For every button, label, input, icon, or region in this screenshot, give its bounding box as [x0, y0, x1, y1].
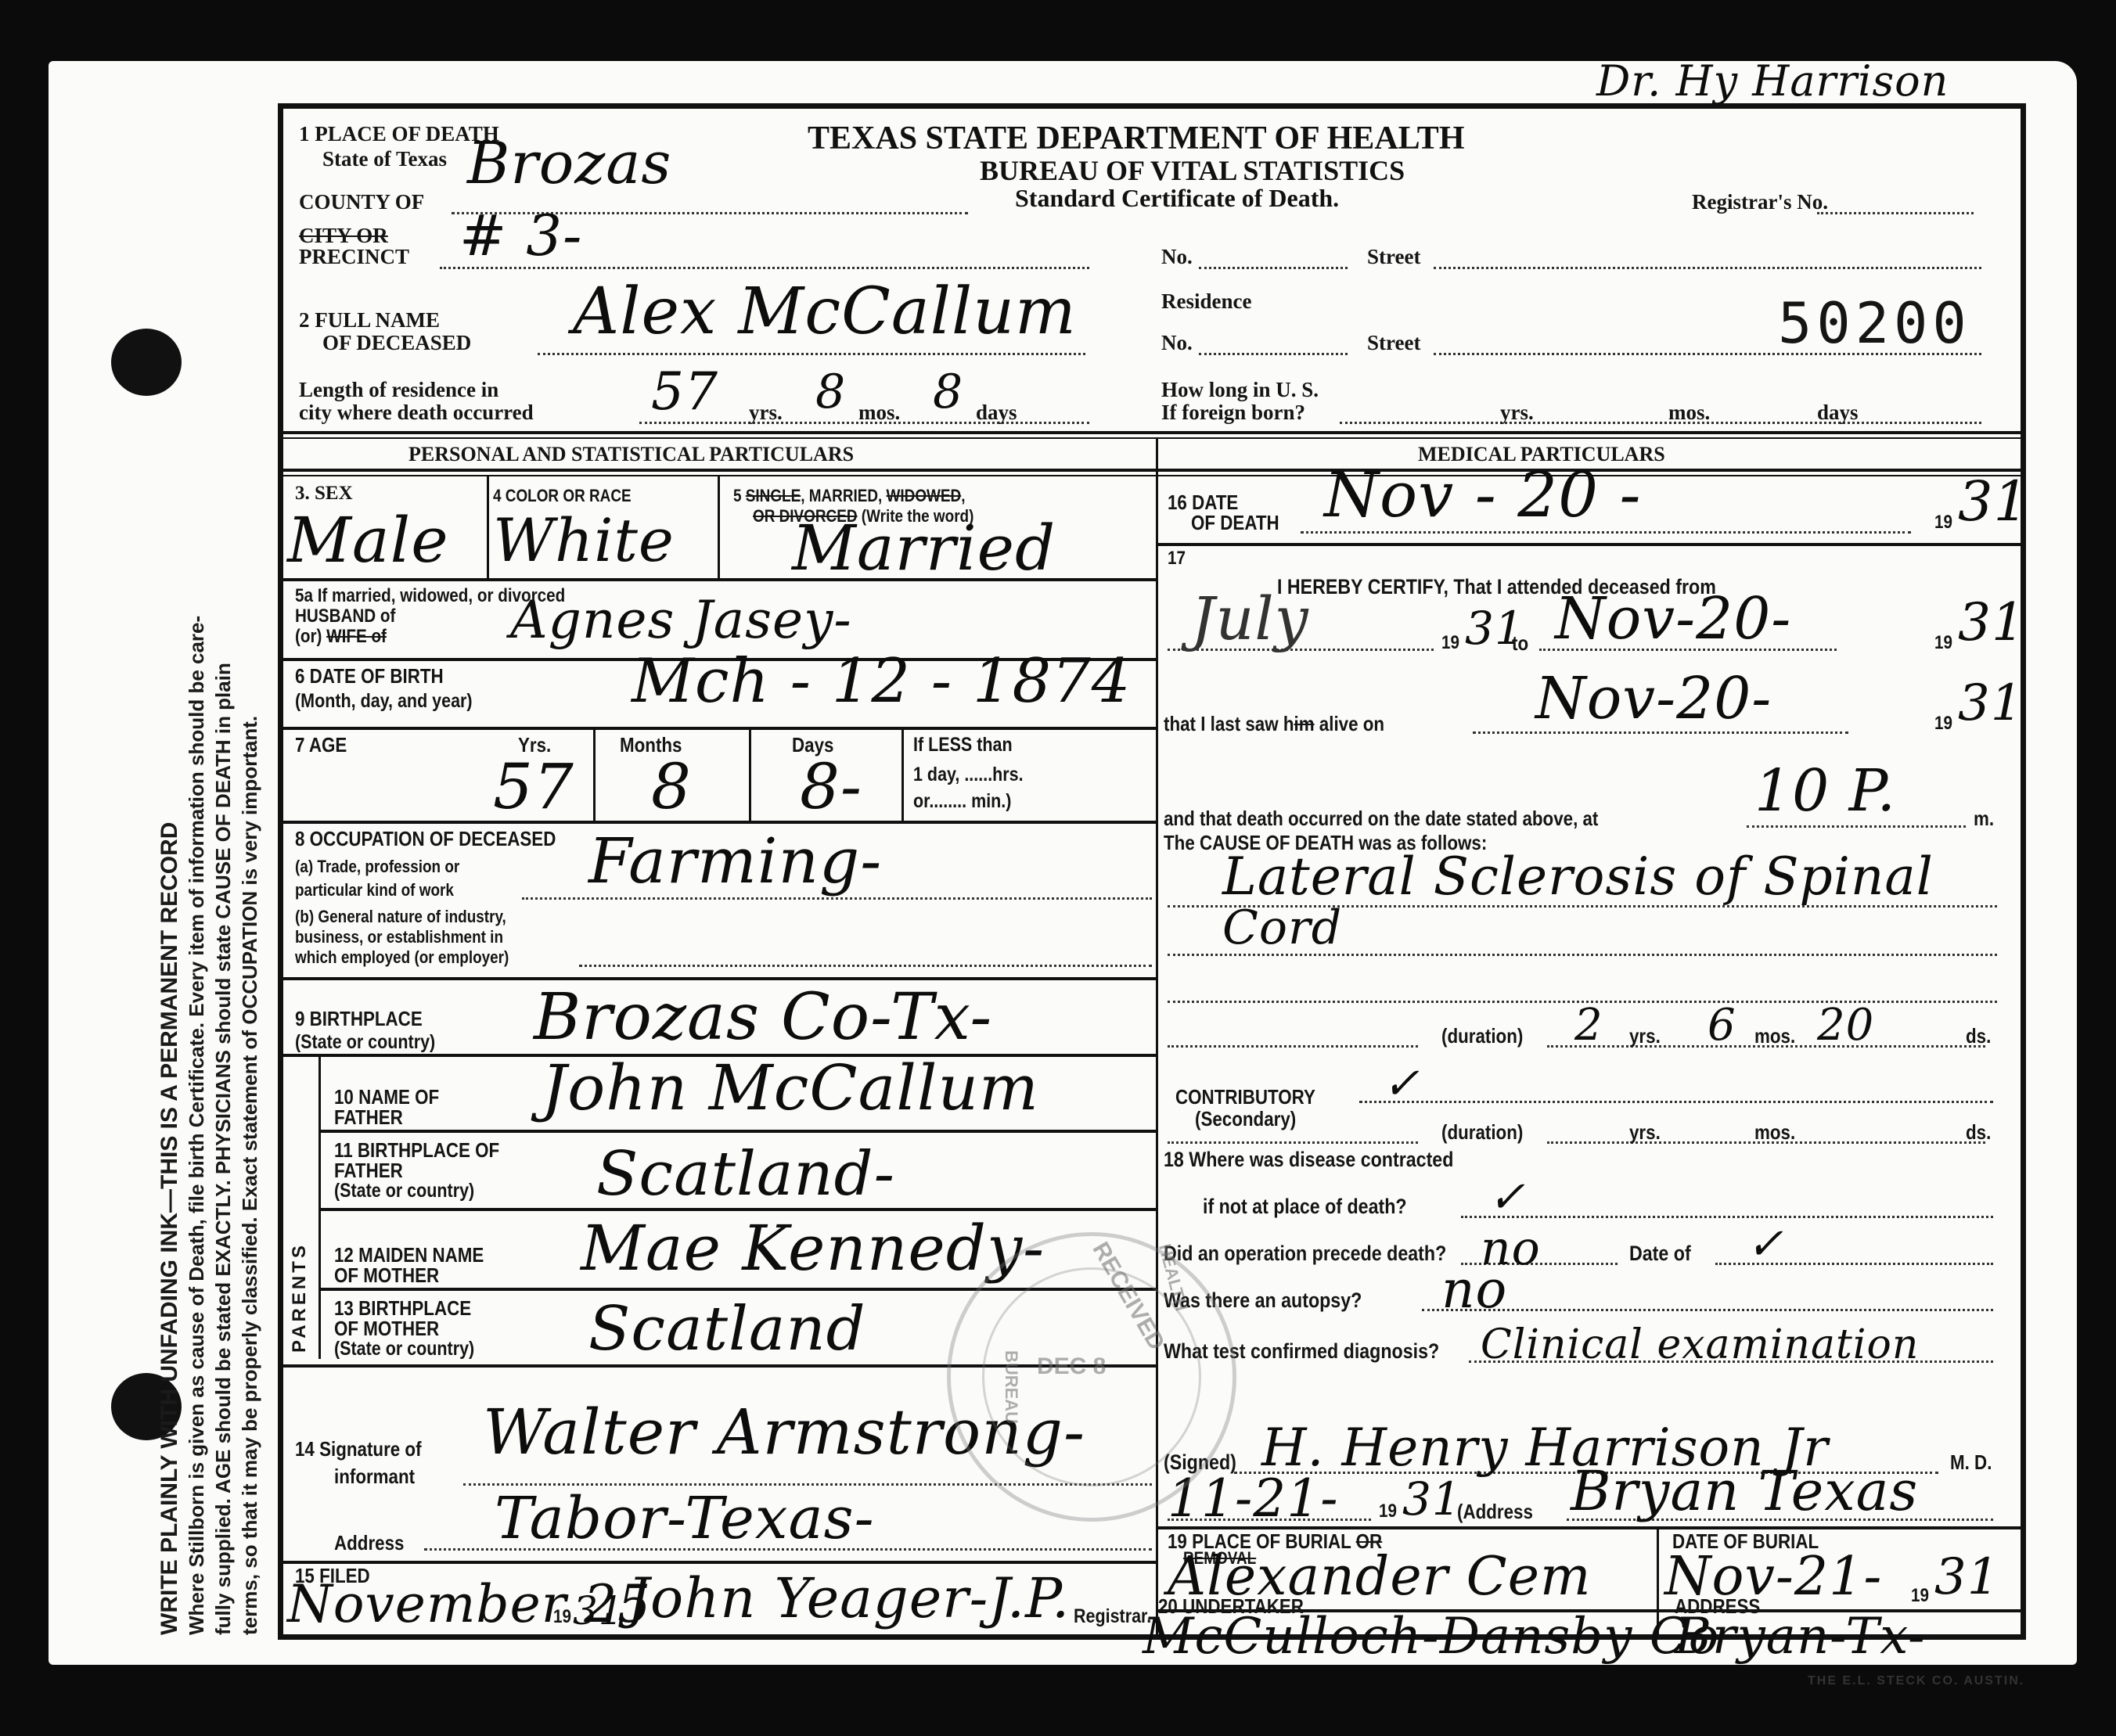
father-bp-value: Scatland-	[596, 1149, 895, 1199]
length-residence-label-1: Length of residence in	[299, 379, 498, 401]
informant-label-2: informant	[334, 1466, 415, 1486]
marital-option-married: , MARRIED,	[801, 486, 886, 505]
residence-label: Residence	[1161, 290, 1251, 312]
duration-primary-spacer	[1168, 1045, 1418, 1048]
length-residence-label-2: city where death occurred	[299, 401, 534, 423]
signed-address-label: (Address	[1457, 1501, 1533, 1522]
q18-label-2: if not at place of death?	[1203, 1196, 1407, 1217]
length-yrs-value: 57	[651, 367, 718, 417]
registrar-no-field	[1817, 212, 1974, 214]
cert-number: 17	[1168, 548, 1186, 569]
attended-to-year-prefix: 19	[1934, 633, 1952, 653]
undertaker-address-value: Bryan-Tx-	[1675, 1612, 1926, 1662]
received-stamp: RECEIVED DEC 8 BUREAU HEALTH	[947, 1232, 1236, 1522]
dod-year-prefix: 19	[1934, 512, 1952, 533]
top-annotation: Dr. Hy Harrison	[1596, 56, 1949, 106]
marital-option-single: SINGLE	[746, 486, 801, 505]
full-name-label-1: 2 FULL NAME	[299, 309, 440, 331]
agency-title: TEXAS STATE DEPARTMENT OF HEALTH	[808, 120, 1465, 157]
precinct-label: PRECINCT	[299, 246, 409, 268]
residence-no-line	[1199, 353, 1348, 355]
attended-to-label: to	[1512, 633, 1528, 653]
attended-to-year: 31	[1958, 598, 2025, 648]
divider	[283, 727, 1156, 730]
sex-label: 3. SEX	[295, 483, 353, 505]
stamp-text-date: DEC 8	[1037, 1353, 1106, 1380]
divider	[283, 1561, 1156, 1564]
spouse-or-label: (or)	[295, 626, 326, 647]
dob-value: Mch - 12 - 1874	[632, 656, 1131, 706]
undertaker-value: McCulloch-Dansby Co	[1143, 1612, 1719, 1662]
dod-line	[1301, 531, 1911, 534]
md-label: M. D.	[1950, 1452, 1992, 1472]
city-label: CITY OR	[299, 225, 388, 246]
signed-year: 31	[1402, 1474, 1462, 1524]
personal-section-title: PERSONAL AND STATISTICAL PARTICULARS	[408, 444, 854, 465]
signed-year-prefix: 19	[1379, 1501, 1397, 1522]
last-saw-label: that I last saw him alive on	[1164, 713, 1384, 734]
spouse-wife-label: WIFE of	[326, 626, 387, 647]
parents-label: PARENTS	[290, 1242, 310, 1353]
duration-yrs-label: yrs.	[1629, 1026, 1661, 1046]
attended-from-value: July	[1191, 594, 1309, 644]
informant-label-1: 14 Signature of	[295, 1439, 422, 1459]
contrib-yrs-label: yrs.	[1629, 1122, 1661, 1142]
length-yrs-label: yrs.	[749, 401, 783, 423]
birthplace-value: Brozas Co-Tx-	[534, 993, 992, 1043]
contributory-value: ✓	[1383, 1059, 1420, 1109]
place-street-label: Street	[1367, 246, 1420, 268]
occupation-b-label-3: which employed (or employer)	[295, 947, 509, 968]
occupation-b-line	[579, 965, 1152, 967]
duration-mos-label: mos.	[1754, 1026, 1795, 1046]
cell-divider	[487, 476, 489, 578]
full-name-label-2: OF DECEASED	[322, 332, 471, 354]
contributory-line	[1359, 1101, 1993, 1103]
last-saw-year-prefix: 19	[1934, 713, 1952, 734]
place-street-line	[1434, 267, 1981, 269]
marital-label-1: 5 SINGLE, MARRIED, WIDOWED,	[733, 486, 965, 506]
spouse-label-3: (or) WIFE of	[295, 627, 387, 647]
duration-ds-value: 20	[1817, 1001, 1874, 1051]
registrar-no-label: Registrar's No.	[1692, 191, 1828, 213]
autopsy-value: no	[1441, 1265, 1507, 1315]
birthplace-label-1: 9 BIRTHPLACE	[295, 1008, 423, 1029]
county-value: Brozas	[467, 138, 671, 189]
race-value: White	[493, 516, 675, 566]
occupation-a-line	[522, 897, 1152, 900]
occupation-a-value: Farming-	[588, 836, 882, 886]
place-no-line	[1199, 267, 1348, 269]
length-days-label: days	[976, 401, 1017, 423]
occupation-b-label-1: (b) General nature of industry,	[295, 907, 506, 927]
filed-year-prefix: 19	[553, 1607, 571, 1627]
precinct-value: # 3-	[459, 210, 582, 261]
us-days-label: days	[1817, 401, 1859, 423]
age-months-value: 8	[651, 762, 692, 812]
attended-from-year-prefix: 19	[1441, 633, 1459, 653]
occupation-a-label-1: (a) Trade, profession or	[295, 857, 459, 877]
marital-option-widowed: WIDOWED	[887, 486, 962, 505]
death-time-suffix: m.	[1974, 808, 1994, 828]
length-days-value: 8	[933, 367, 963, 417]
divider	[283, 431, 2021, 434]
dod-year: 31	[1958, 476, 2029, 527]
contrib-ds-label: ds.	[1966, 1122, 1991, 1142]
cell-divider	[749, 727, 751, 821]
operation-label: Did an operation precede death?	[1164, 1243, 1446, 1263]
mother-bp-label-1: 13 BIRTHPLACE	[334, 1298, 471, 1318]
us-yrs-label: yrs.	[1500, 401, 1534, 423]
form-title: Standard Certificate of Death.	[1015, 184, 1339, 213]
spouse-label-2: HUSBAND of	[295, 606, 395, 627]
side-instruction-line-3: fully supplied. AGE should be stated EXA…	[210, 149, 236, 1635]
printer-credit: THE E.L. STECK CO. AUSTIN.	[1808, 1674, 2024, 1688]
length-mos-value: 8	[815, 367, 846, 417]
occupation-b-label-2: business, or establishment in	[295, 927, 503, 947]
spouse-value: Agnes Jasey-	[510, 595, 852, 645]
burial-year: 31	[1934, 1552, 1999, 1602]
stamp-text-bureau: BUREAU	[1001, 1350, 1021, 1424]
cell-divider	[901, 727, 904, 821]
us-mos-label: mos.	[1668, 401, 1710, 423]
duration-yrs-value: 2	[1574, 1001, 1603, 1051]
address-value: Tabor-Texas-	[495, 1493, 875, 1544]
age-less-label-1: If LESS than	[913, 735, 1013, 755]
cell-divider	[718, 476, 720, 578]
duration-label: (duration)	[1441, 1026, 1523, 1046]
certificate-number: 50200	[1778, 290, 1971, 356]
father-bp-label-1: 11 BIRTHPLACE OF	[334, 1140, 499, 1160]
side-instructions: WRITE PLAINLY WITH UNFADING INK—THIS IS …	[157, 149, 263, 1635]
age-label: 7 AGE	[295, 735, 347, 755]
county-label: COUNTY OF	[299, 191, 424, 213]
parents-divider	[318, 1054, 321, 1359]
contributory-label-1: CONTRIBUTORY	[1175, 1087, 1315, 1107]
q18-line	[1461, 1216, 1993, 1218]
cause-value-2: Cord	[1222, 903, 1342, 953]
age-days-value: 8-	[800, 762, 862, 812]
us-line	[1340, 422, 1981, 424]
age-less-label-3: or........ min.)	[913, 791, 1011, 811]
age-yrs-value: 57	[493, 762, 574, 812]
burial-year-prefix: 19	[1911, 1586, 1929, 1606]
place-no-label: No.	[1161, 246, 1193, 268]
death-time-value: 10 P.	[1754, 766, 1896, 816]
dod-label-1: 16 DATE	[1168, 492, 1238, 512]
dod-label-2: OF DEATH	[1191, 512, 1279, 533]
side-instruction-line-4: terms, so that it may be properly classi…	[236, 149, 263, 1635]
divider	[283, 821, 1156, 824]
registrar-value: John Yeager-J.P.	[628, 1573, 1070, 1623]
divider	[318, 1130, 1156, 1133]
dod-value: Nov - 20 -	[1324, 470, 1642, 520]
duration-ds-label: ds.	[1966, 1026, 1991, 1046]
father-name-label-2: FATHER	[334, 1107, 403, 1127]
us-label-2: If foreign born?	[1161, 401, 1305, 423]
filed-year: 31	[573, 1586, 624, 1636]
marital-label-num: 5	[733, 486, 746, 505]
death-time-line	[1747, 825, 1966, 828]
operation-date-value: ✓	[1747, 1220, 1784, 1270]
mother-name-label-1: 12 MAIDEN NAME	[334, 1245, 484, 1265]
death-time-label: and that death occurred on the date stat…	[1164, 808, 1598, 828]
bureau-title: BUREAU OF VITAL STATISTICS	[980, 154, 1405, 187]
full-name-line	[538, 353, 1085, 355]
father-name-value: John McCallum	[542, 1063, 1039, 1113]
signed-address-value: Bryan Texas	[1571, 1466, 1918, 1516]
full-name-value: Alex McCallum	[573, 287, 1077, 337]
father-bp-label-3: (State or country)	[334, 1181, 474, 1201]
marital-value: Married	[792, 523, 1056, 573]
residence-no-label: No.	[1161, 332, 1193, 354]
age-less-label-2: 1 day, ......hrs.	[913, 764, 1024, 785]
address-label: Address	[334, 1533, 404, 1553]
last-saw-year: 31	[1958, 678, 2023, 728]
cause-value-1: Lateral Sclerosis of Spinal	[1222, 852, 1934, 902]
last-saw-label-c: alive on	[1315, 712, 1384, 735]
dob-label-1: 6 DATE OF BIRTH	[295, 666, 444, 686]
last-saw-value: Nov-20-	[1535, 674, 1772, 724]
contrib-mos-label: mos.	[1754, 1122, 1795, 1142]
contrib-duration-label: (duration)	[1441, 1122, 1523, 1142]
race-label: 4 COLOR OR RACE	[493, 486, 632, 506]
state-label: State of Texas	[322, 148, 447, 170]
divider	[1156, 543, 2021, 546]
occupation-a-label-2: particular kind of work	[295, 880, 454, 900]
us-label-1: How long in U. S.	[1161, 379, 1319, 401]
father-name-label-1: 10 NAME OF	[334, 1087, 439, 1107]
mother-name-value: Mae Kennedy-	[581, 1224, 1045, 1274]
diagnosis-value: Clinical examination	[1481, 1320, 1919, 1370]
operation-date-label: Date of	[1629, 1243, 1691, 1263]
father-bp-label-2: FATHER	[334, 1160, 403, 1181]
side-instruction-line-1: WRITE PLAINLY WITH UNFADING INK—THIS IS …	[157, 149, 183, 1635]
divider	[283, 475, 2021, 476]
length-mos-label: mos.	[858, 401, 900, 423]
last-saw-label-a: that I last saw h	[1164, 712, 1294, 735]
mother-name-label-2: OF MOTHER	[334, 1265, 439, 1285]
divider	[283, 469, 2021, 472]
duration-mos-value: 6	[1708, 1001, 1736, 1051]
autopsy-line	[1422, 1309, 1993, 1311]
cell-divider	[593, 727, 596, 821]
last-saw-pronoun: im	[1294, 712, 1315, 735]
divider	[283, 578, 1156, 581]
mother-bp-label-3: (State or country)	[334, 1339, 474, 1359]
signed-date: 11-21-	[1168, 1474, 1339, 1524]
residence-street-label: Street	[1367, 332, 1420, 354]
divider	[318, 1208, 1156, 1211]
birthplace-label-2: (State or country)	[295, 1032, 435, 1052]
side-instruction-line-2: Where Stillborn is given as cause of Dea…	[183, 149, 210, 1635]
dob-label-2: (Month, day, and year)	[295, 691, 473, 711]
contrib-duration-spacer-2	[1168, 1141, 1418, 1144]
mother-bp-label-2: OF MOTHER	[334, 1318, 439, 1339]
attended-to-value: Nov-20-	[1555, 594, 1791, 644]
q18-label-1: 18 Where was disease contracted	[1164, 1149, 1453, 1170]
mother-bp-value: Scatland	[588, 1304, 866, 1354]
marital-comma: ,	[961, 486, 965, 505]
contributory-label-2: (Secondary)	[1195, 1109, 1296, 1129]
occupation-label: 8 OCCUPATION OF DECEASED	[295, 828, 556, 849]
q18-value: ✓	[1488, 1173, 1526, 1223]
divider	[283, 437, 2021, 439]
sex-value: Male	[287, 516, 449, 566]
registrar-label: Registrar.	[1074, 1606, 1151, 1626]
